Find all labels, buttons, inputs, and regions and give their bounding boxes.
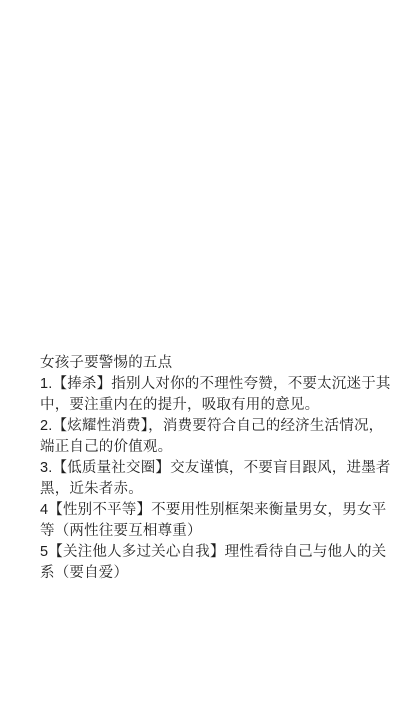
note-line: 中，要注重内在的提升，吸取有用的意见。 — [40, 395, 370, 416]
note-line: 黑，近朱者赤。 — [40, 479, 370, 500]
note-line: 5【关注他人多过关心自我】理性看待自己与他人的关 — [40, 542, 370, 563]
note-line: 等（两性往要互相尊重） — [40, 521, 370, 542]
note-line: 4【性别不平等】不要用性别框架来衡量男女，男女平 — [40, 500, 370, 521]
note-line: 女孩子要警惕的五点 — [40, 353, 370, 374]
note-text-block: 女孩子要警惕的五点1.【捧杀】指别人对你的不理性夸赞，不要太沉迷于其中，要注重内… — [40, 353, 370, 584]
note-line: 2.【炫耀性消费】，消费要符合自己的经济生活情况， — [40, 416, 370, 437]
note-line: 系（要自爱） — [40, 563, 370, 584]
note-screen: 女孩子要警惕的五点1.【捧杀】指别人对你的不理性夸赞，不要太沉迷于其中，要注重内… — [0, 0, 400, 711]
note-line: 端正自己的价值观。 — [40, 437, 370, 458]
note-line: 1.【捧杀】指别人对你的不理性夸赞，不要太沉迷于其 — [40, 374, 370, 395]
note-line: 3.【低质量社交圈】交友谨慎，不要盲目跟风，进墨者 — [40, 458, 370, 479]
